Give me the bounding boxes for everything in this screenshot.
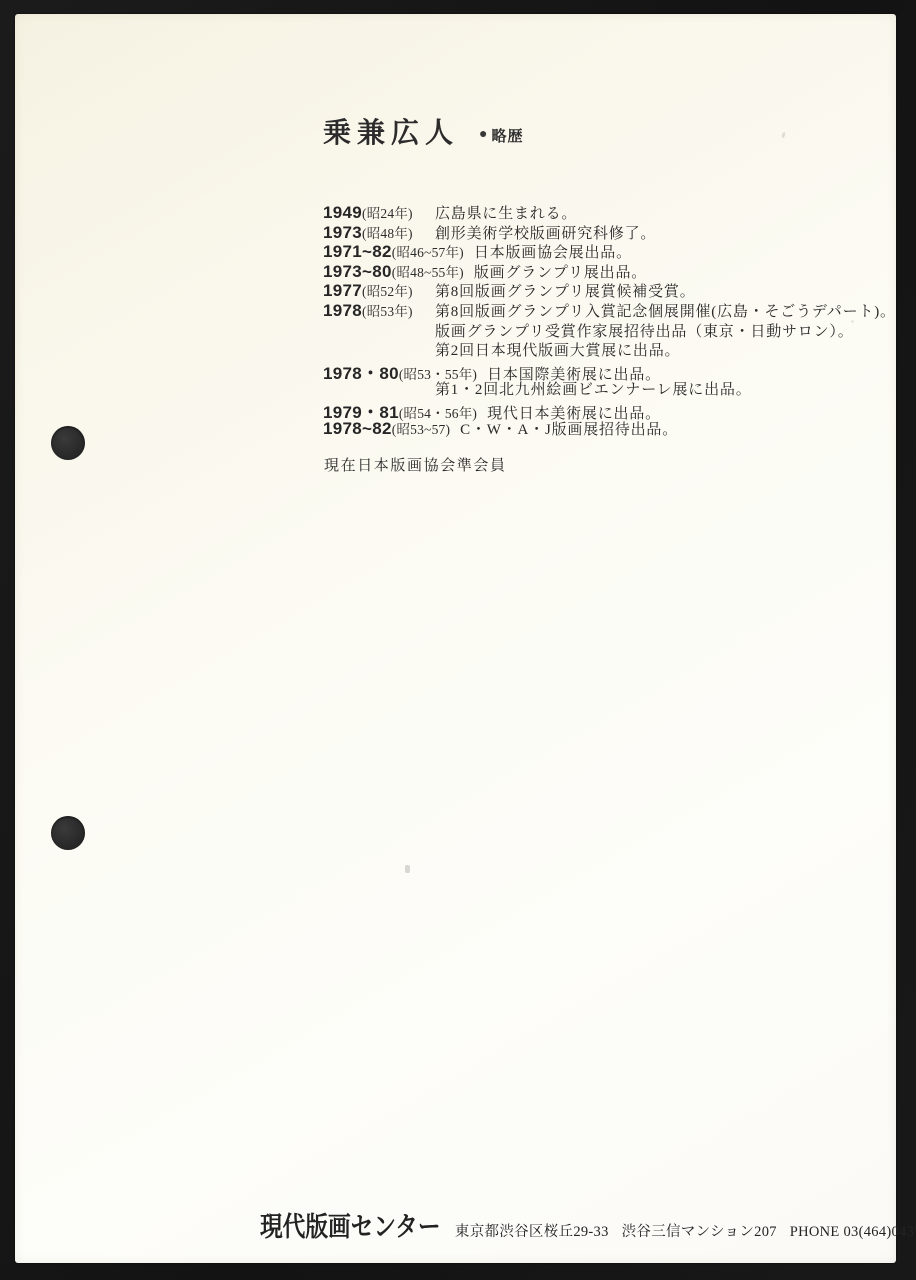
timeline-entry-continuation: 版画グランプリ受賞作家展招待出品（東京・日動サロン）。 — [323, 320, 896, 340]
entry-era: (昭46~57年) — [392, 245, 464, 260]
artist-name-title: 乗兼広人 — [323, 111, 459, 151]
entry-year-cell: 1978~82(昭53~57) — [323, 418, 460, 439]
entry-year: 1978~82 — [323, 419, 392, 438]
biography-timeline: 1949(昭24年) 広島県に生まれる。 1973(昭48年) 創形美術学校版画… — [323, 202, 896, 437]
entry-description: 日本版画協会展出品。 — [474, 241, 632, 262]
publisher-logo: 現代版画センター — [260, 1205, 441, 1244]
entry-year-cell: 1977(昭52年) — [323, 280, 435, 301]
section-marker: ● 略歴 — [479, 125, 523, 146]
scan-speck — [781, 132, 786, 139]
entry-year-cell: 1973(昭48年) — [323, 222, 435, 243]
entry-description: 第2回日本現代版画大賞展に出品。 — [435, 339, 680, 360]
entry-description: C・W・A・J版画展招待出品。 — [460, 418, 678, 439]
entry-year-cell: 1973~80(昭48~55年) — [323, 261, 474, 282]
timeline-entry: 1973(昭48年) 創形美術学校版画研究科修了。 — [323, 222, 896, 242]
entry-year: 1977 — [323, 281, 362, 300]
entry-description: 広島県に生まれる。 — [435, 202, 577, 223]
entry-year-cell: 1978(昭53年) — [323, 300, 435, 321]
entry-year-cell: 1949(昭24年) — [323, 202, 435, 223]
entry-description: 創形美術学校版画研究科修了。 — [435, 222, 656, 243]
publisher-phone: PHONE 03(464)0437 — [790, 1224, 916, 1240]
scanned-page: 乗兼広人 ● 略歴 1949(昭24年) 広島県に生まれる。 1973(昭48年… — [15, 14, 896, 1263]
entry-description: 第8回版画グランプリ入賞記念個展開催(広島・そごうデパート)。 — [435, 300, 896, 321]
timeline-entry: 1978~82(昭53~57) C・W・A・J版画展招待出品。 — [323, 418, 896, 438]
entry-year: 1973~80 — [323, 262, 392, 281]
entry-year: 1978 — [323, 301, 362, 320]
entry-description: 版画グランプリ受賞作家展招待出品（東京・日動サロン）。 — [435, 320, 854, 341]
entry-year: 1978・80 — [323, 364, 399, 383]
timeline-entry: 1978(昭53年) 第8回版画グランプリ入賞記念個展開催(広島・そごうデパート… — [323, 300, 896, 320]
entry-era: (昭53~57) — [392, 422, 450, 437]
hole-punch-bottom — [51, 816, 85, 850]
timeline-entry: 1978・80(昭53・55年) 日本国際美術展に出品。 — [323, 359, 896, 379]
entry-description: 第1・2回北九州絵画ビエンナーレ展に出品。 — [435, 378, 752, 399]
entry-era: (昭52年) — [362, 284, 413, 299]
entry-description: 版画グランプリ展出品。 — [474, 261, 647, 282]
entry-era: (昭53年) — [362, 304, 413, 319]
timeline-entry: 1949(昭24年) 広島県に生まれる。 — [323, 202, 896, 222]
entry-year: 1971~82 — [323, 242, 392, 261]
section-label: 略歴 — [491, 125, 523, 146]
entry-description: 第8回版画グランプリ展賞候補受賞。 — [435, 280, 696, 301]
bullet-icon: ● — [479, 128, 487, 142]
publisher-address-building: 渋谷三信マンション207 — [622, 1224, 777, 1240]
hole-punch-top — [51, 426, 85, 460]
timeline-entry: 1973~80(昭48~55年) 版画グランプリ展出品。 — [323, 261, 896, 281]
timeline-entry: 1979・81(昭54・56年) 現代日本美術展に出品。 — [323, 398, 896, 418]
scan-speck — [405, 865, 410, 873]
scan-background: 乗兼広人 ● 略歴 1949(昭24年) 広島県に生まれる。 1973(昭48年… — [0, 0, 916, 1280]
membership-note: 現在日本版画協会準会員 — [324, 454, 507, 475]
publisher-imprint: 現代版画センター 東京都渋谷区桜丘29-33 渋谷三信マンション207 PHON… — [260, 1205, 916, 1244]
entry-era: (昭48~55年) — [392, 265, 464, 280]
entry-era: (昭48年) — [362, 226, 413, 241]
timeline-entry-continuation: 第2回日本現代版画大賞展に出品。 — [323, 339, 896, 359]
entry-year: 1949 — [323, 203, 362, 222]
publisher-address-street: 東京都渋谷区桜丘29-33 — [455, 1224, 609, 1240]
entry-year: 1973 — [323, 223, 362, 242]
publisher-contact: 東京都渋谷区桜丘29-33 渋谷三信マンション207 PHONE 03(464)… — [455, 1220, 916, 1241]
timeline-entry: 1977(昭52年) 第8回版画グランプリ展賞候補受賞。 — [323, 280, 896, 300]
timeline-entry: 1971~82(昭46~57年) 日本版画協会展出品。 — [323, 241, 896, 261]
entry-year-cell: 1971~82(昭46~57年) — [323, 241, 474, 262]
scan-speck — [851, 320, 854, 323]
document-header: 乗兼広人 ● 略歴 — [323, 111, 524, 151]
entry-era: (昭24年) — [362, 206, 413, 221]
